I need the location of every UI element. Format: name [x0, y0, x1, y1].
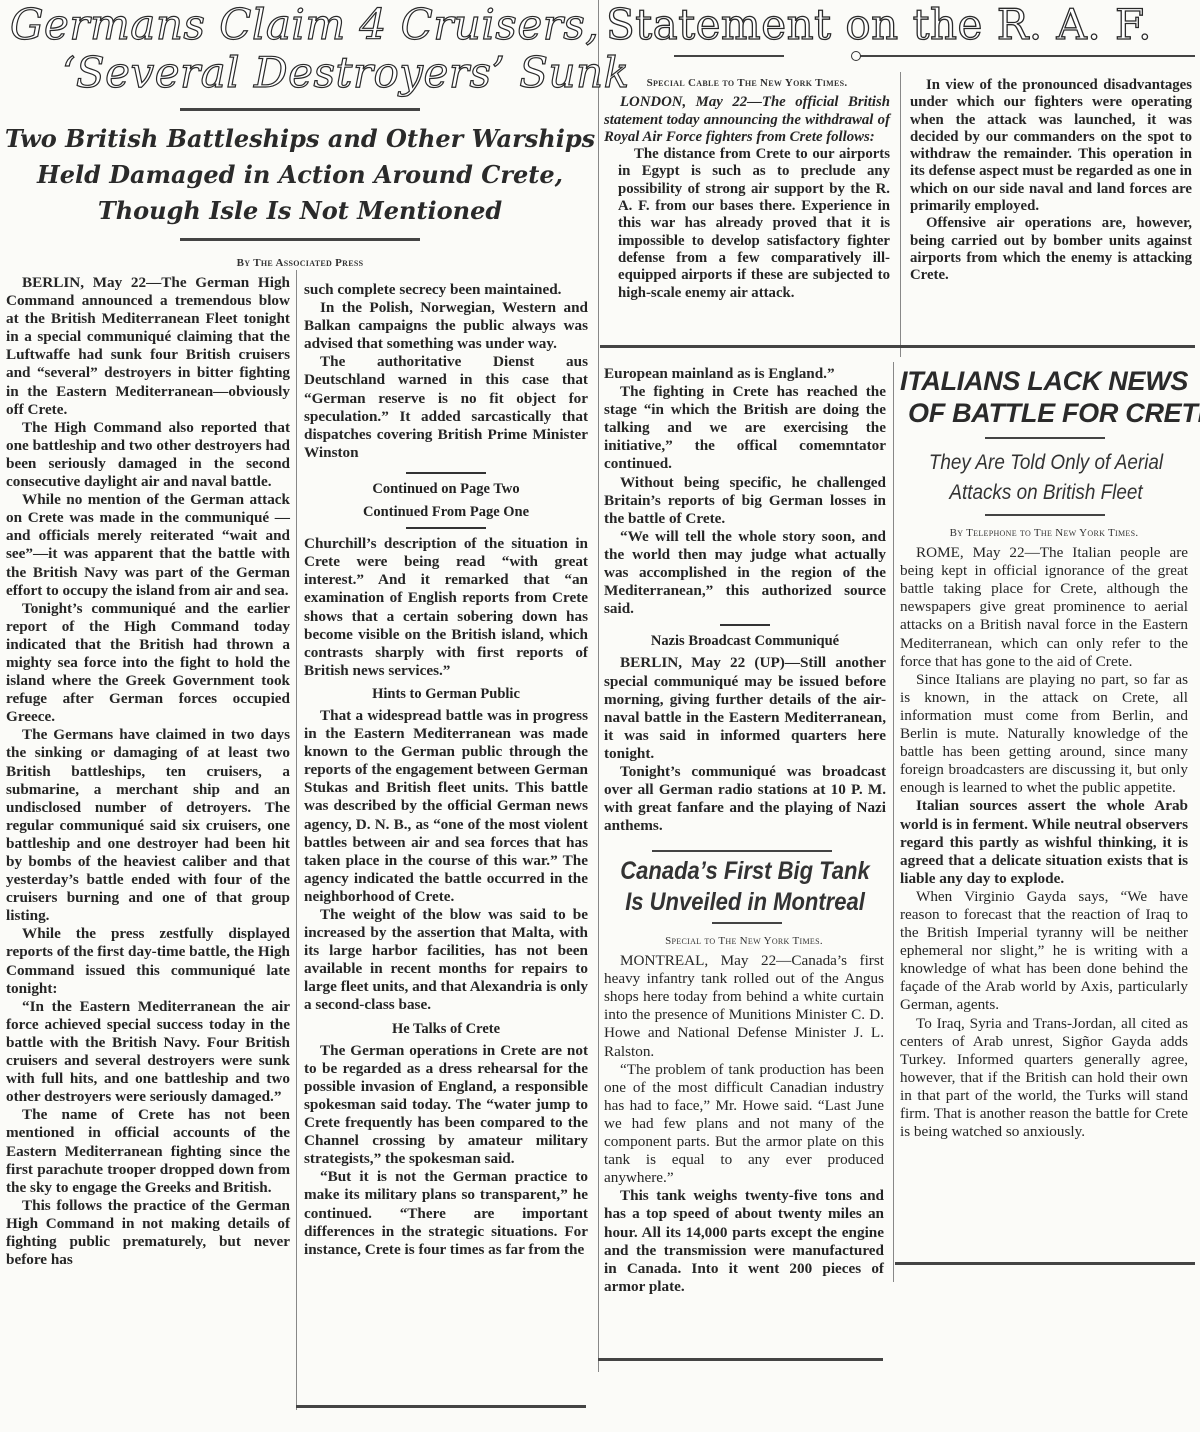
deck-rule	[180, 238, 420, 241]
paragraph: “The problem of tank production has been…	[604, 1061, 884, 1188]
paragraph: The High Command also reported that one …	[6, 419, 290, 491]
raf-bottom-rule	[600, 345, 1195, 348]
paragraph: MONTREAL, May 22—Canada’s first heavy in…	[604, 952, 884, 1061]
subhead-hints: Hints to German Public	[304, 685, 588, 703]
paragraph: The German operations in Crete are not t…	[304, 1042, 588, 1169]
jump-line-from: Continued From Page One	[304, 503, 588, 521]
canada-rule	[712, 922, 782, 924]
paragraph: This tank weighs twenty-five tons and ha…	[604, 1187, 884, 1296]
paragraph: ROME, May 22—The Italian people are bein…	[900, 544, 1188, 671]
paragraph: Offensive air operations are, however, b…	[910, 215, 1192, 284]
paragraph: To Iraq, Syria and Trans-Jordan, all cit…	[900, 1015, 1188, 1142]
jump-rule	[406, 527, 486, 529]
paragraph: Italian sources assert the whole Arab wo…	[900, 797, 1188, 887]
italians-column: By Telephone to The New York Times. ROME…	[900, 524, 1188, 1141]
paragraph: Without being specific, he challenged Br…	[604, 474, 886, 528]
paragraph: BERLIN, May 22 (UP)—Still another specia…	[604, 654, 886, 763]
section-rule	[720, 624, 770, 626]
italians-credit: By Telephone to The New York Times.	[900, 524, 1188, 542]
raf-credit: Special Cable to The New York Times.	[604, 75, 890, 92]
column-divider	[296, 270, 297, 1410]
paragraph: The authoritative Dienst aus Deutschland…	[304, 353, 588, 462]
raf-rule-ornament	[851, 51, 861, 61]
canada-bottom-rule	[598, 1358, 883, 1361]
paragraph: The Germans have claimed in two days the…	[6, 726, 290, 925]
subhead-talks: He Talks of Crete	[304, 1020, 588, 1038]
main-story-column-2: such complete secrecy been maintained. I…	[304, 281, 588, 1259]
paragraph: “But it is not the German practice to ma…	[304, 1168, 588, 1258]
canada-column: Special to The New York Times. MONTREAL,…	[604, 932, 884, 1296]
paragraph: “We will tell the whole story soon, and …	[604, 528, 886, 618]
raf-rule-right	[860, 55, 1195, 57]
paragraph: The name of Crete has not been mentioned…	[6, 1106, 290, 1196]
byline-credit: By The Associated Press	[200, 257, 400, 269]
main-deck-line2: Held Damaged in Action Around Crete,	[0, 160, 600, 190]
jump-rule	[406, 472, 486, 474]
main-deck-line1: Two British Battleships and Other Warshi…	[0, 124, 600, 154]
paragraph: BERLIN, May 22—The German High Command a…	[6, 274, 290, 419]
raf-lead: LONDON, May 22—The official British stat…	[604, 94, 890, 146]
paragraph: In the Polish, Norwegian, Western and Ba…	[304, 299, 588, 353]
paragraph: That a widespread battle was in progress…	[304, 707, 588, 906]
italians-headline-line2: OF BATTLE FOR CRETE	[908, 398, 1198, 429]
column-divider	[893, 362, 894, 1282]
italians-deck-line2: Attacks on British Fleet	[911, 478, 1181, 508]
paragraph: Tonight’s communiqué was broadcast over …	[604, 763, 886, 835]
paragraph: The fighting in Crete has reached the st…	[604, 383, 886, 473]
main-headline-line1: Germans Claim 4 Cruisers,	[10, 4, 599, 46]
paragraph: When Virginio Gayda says, “We have reaso…	[900, 888, 1188, 1015]
canada-headline-line1: Canada’s First Big Tank	[617, 856, 872, 887]
paragraph: European mainland as is England.”	[604, 365, 886, 383]
italians-bottom-rule	[895, 1262, 1195, 1265]
raf-headline: Statement on the R. A. F.	[606, 4, 1152, 46]
paragraph: Tonight’s communiqué and the earlier rep…	[6, 600, 290, 727]
paragraph: This follows the practice of the German …	[6, 1197, 290, 1269]
paragraph: The distance from Crete to our airports …	[604, 146, 890, 302]
paragraph: Churchill’s description of the situation…	[304, 535, 588, 680]
column-end-rule	[296, 1405, 586, 1408]
main-story-column-3: European mainland as is England.” The fi…	[604, 365, 886, 835]
italians-deck-line1: They Are Told Only of Aerial	[911, 448, 1181, 478]
italians-rule-2	[985, 514, 1105, 516]
nazis-end-rule	[652, 850, 832, 852]
paragraph: Since Italians are playing no part, so f…	[900, 671, 1188, 798]
main-headline-line2: ‘Several Destroyers’ Sunk	[62, 52, 630, 94]
paragraph: “In the Eastern Mediterranean the air fo…	[6, 998, 290, 1107]
subhead-nazis-broadcast: Nazis Broadcast Communiqué	[604, 632, 886, 650]
canada-headline-line2: Is Unveiled in Montreal	[617, 887, 872, 918]
italians-headline-line1: ITALIANS LACK NEWS	[896, 366, 1200, 397]
raf-column-right: In view of the pronounced disadvantages …	[910, 77, 1192, 285]
paragraph: While the press zestfully displayed repo…	[6, 925, 290, 997]
headline-rule	[180, 108, 420, 111]
main-deck-line3: Though Isle Is Not Mentioned	[0, 196, 600, 226]
paragraph: While no mention of the German attack on…	[6, 491, 290, 600]
raf-column-left: Special Cable to The New York Times. LON…	[604, 75, 890, 302]
raf-rule-left	[674, 55, 784, 57]
paragraph: The weight of the blow was said to be in…	[304, 906, 588, 1015]
column-divider	[900, 72, 901, 357]
jump-line-to: Continued on Page Two	[304, 480, 588, 498]
main-story-column-1: BERLIN, May 22—The German High Command a…	[6, 274, 290, 1269]
italians-rule-1	[985, 437, 1105, 439]
paragraph: such complete secrecy been maintained.	[304, 281, 588, 299]
canada-credit: Special to The New York Times.	[604, 932, 884, 950]
paragraph: In view of the pronounced disadvantages …	[910, 77, 1192, 215]
